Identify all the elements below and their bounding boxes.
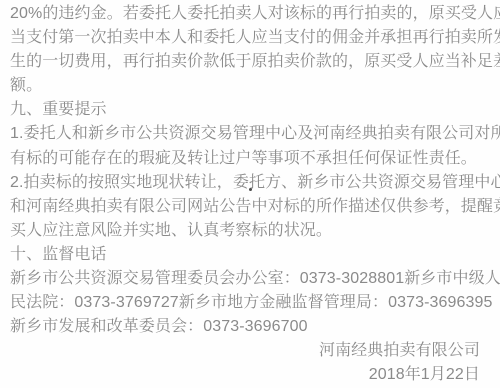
signature-company: 河南经典拍卖有限公司 <box>10 339 492 363</box>
speck-artifact <box>249 188 252 191</box>
text-line: 和河南经典拍卖有限公司网站公告中对标的所作描述仅供参考，提醒竞 <box>10 195 492 219</box>
text-line: 1.委托人和新乡市公共资源交易管理中心及河南经典拍卖有限公司对所 <box>10 122 492 146</box>
text-line: 买人应注意风险并实地、认真考察标的状况。 <box>10 219 492 243</box>
text-line: 2.拍卖标的按照实地现状转让，委托方、新乡市公共资源交易管理中心 <box>10 171 492 195</box>
section-heading-9: 九、重要提示 <box>10 98 492 122</box>
text-line: 新乡市公共资源交易管理委员会办公室：0373-3028801新乡市中级人 <box>10 267 492 291</box>
text-line: 民法院：0373-3769727新乡市地方金融监督管理局：0373-369639… <box>10 291 492 315</box>
text-line: 有标的可能存在的瑕疵及转让过户等事项不承担任何保证性责任。 <box>10 147 492 171</box>
auction-notice-document: 20%的违约金。若委托人委托拍卖人对该标的再行拍卖的，原买受人应 当支付第一次拍… <box>0 0 500 388</box>
text-line: 当支付第一次拍卖中本人和委托人应当支付的佣金并承担再行拍卖所发 <box>10 26 492 50</box>
text-line: 额。 <box>10 74 492 98</box>
text-line: 生的一切费用，再行拍卖价款低于原拍卖价款的，原买受人应当补足差 <box>10 50 492 74</box>
text-line: 新乡市发展和改革委员会：0373-3696700 <box>10 315 492 339</box>
section-heading-10: 十、监督电话 <box>10 243 492 267</box>
text-line: 20%的违约金。若委托人委托拍卖人对该标的再行拍卖的，原买受人应 <box>10 2 492 26</box>
signature-date: 2018年1月22日 <box>10 363 492 387</box>
